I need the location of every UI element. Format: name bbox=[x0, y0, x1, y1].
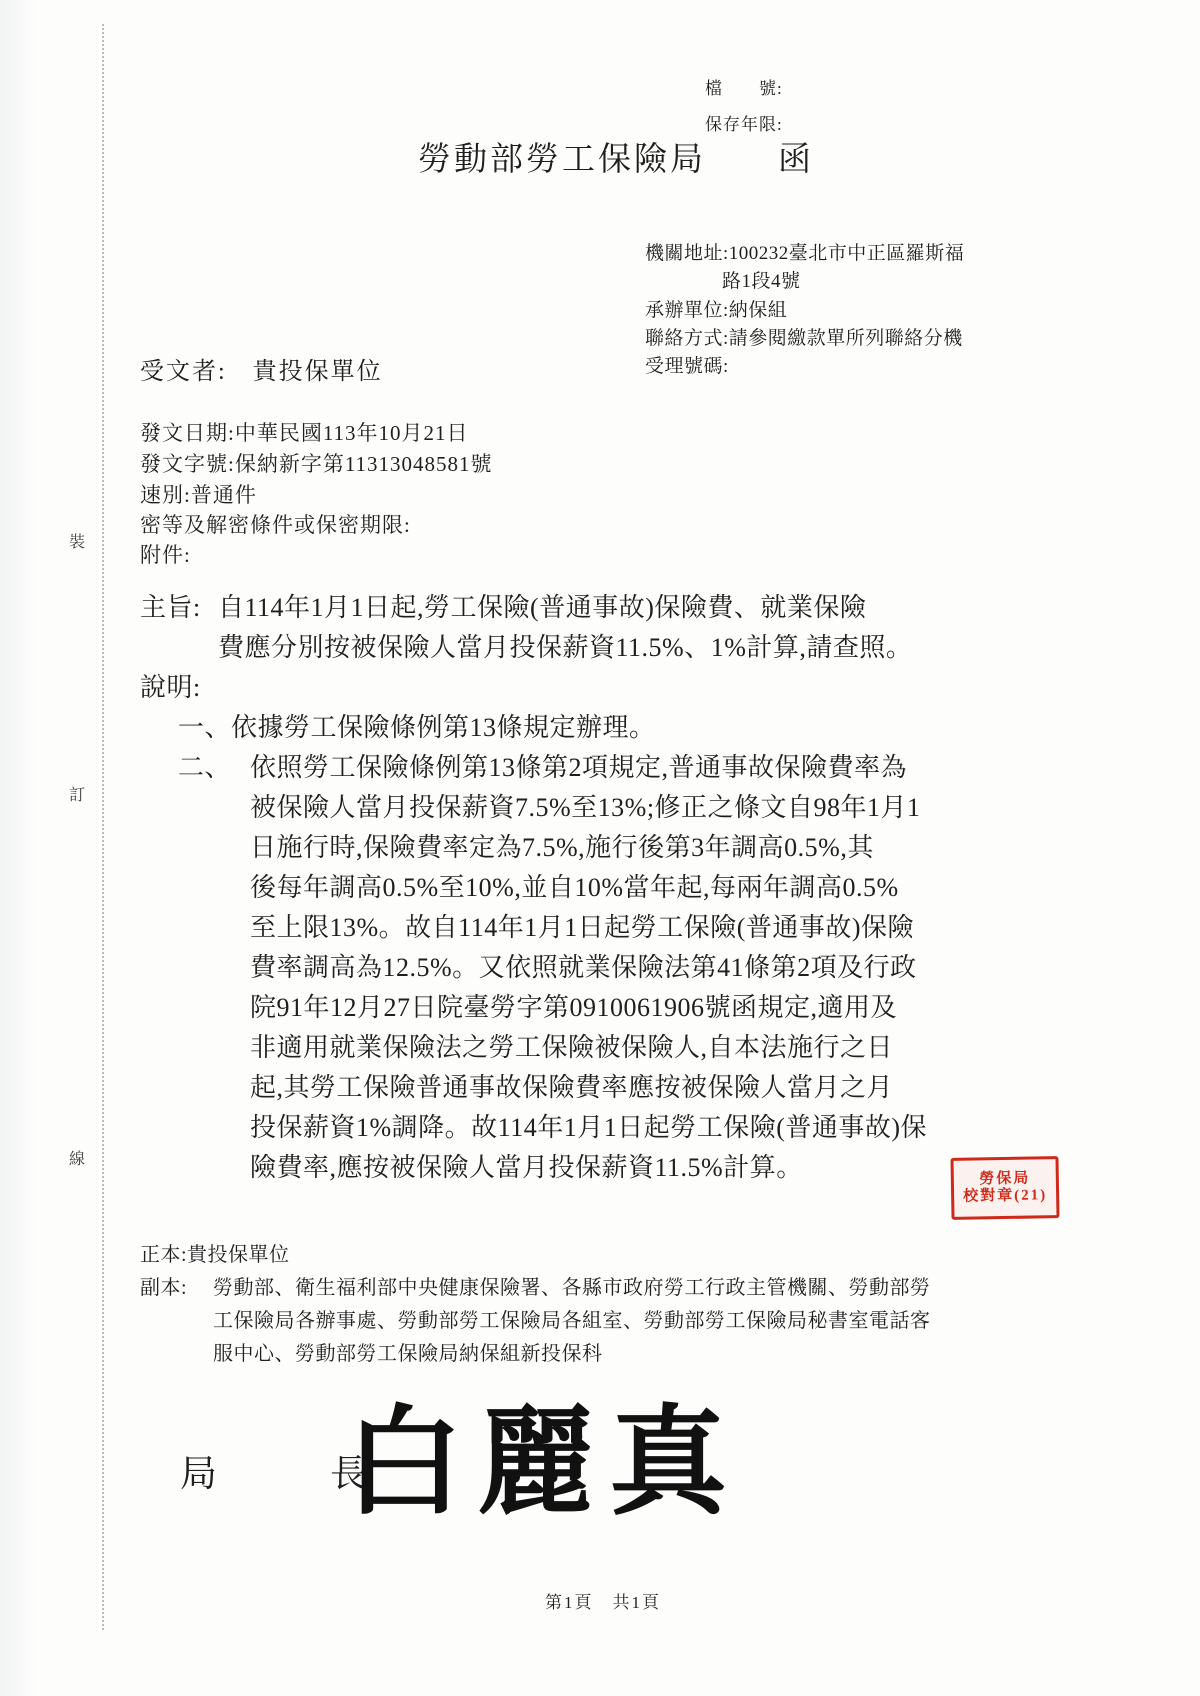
file-number-label: 檔 號: bbox=[705, 78, 783, 99]
agency-address-line2: 路1段4號 bbox=[722, 270, 801, 294]
explanation-item-2-line-5: 至上限13%。故自114年1月1日起勞工保險(普通事故)保險 bbox=[250, 912, 914, 945]
agency-unit-line: 承辦單位:納保組 bbox=[645, 299, 787, 323]
document-page: 裝 訂 線 檔 號: 保存年限: 勞動部勞工保險局 函 機關地址:100232臺… bbox=[0, 0, 1200, 1696]
verification-stamp: 勞保局 校對章(21) bbox=[950, 1156, 1059, 1220]
explanation-item-2-line-4: 後每年調高0.5%至10%,並自10%當年起,每兩年調高0.5% bbox=[250, 872, 899, 905]
director-signature-name: 白麗真 bbox=[345, 1388, 741, 1536]
explanation-item-2-label: 二、 bbox=[178, 752, 231, 785]
cc-line-2: 工保險局各辦事處、勞動部勞工保險局各組室、勞動部勞工保險局秘書室電話客 bbox=[213, 1309, 931, 1334]
explanation-item-2-line-8: 非適用就業保險法之勞工保險被保險人,自本法施行之日 bbox=[250, 1032, 893, 1065]
subject-line-1: 自114年1月1日起,勞工保險(普通事故)保險費、就業保險 bbox=[218, 592, 866, 625]
subject-line-2: 費應分別按被保險人當月投保薪資11.5%、1%計算,請查照。 bbox=[218, 632, 912, 665]
attachment-line: 附件: bbox=[140, 542, 191, 568]
binding-mark-ding: 訂 bbox=[69, 786, 85, 806]
original-copy-line: 正本:貴投保單位 bbox=[140, 1243, 290, 1268]
cc-line-3: 服中心、勞動部勞工保險局納保組新投保科 bbox=[213, 1342, 603, 1367]
explanation-item-2-line-10: 投保薪資1%調降。故114年1月1日起勞工保險(普通事故)保 bbox=[250, 1112, 927, 1145]
subject-label: 主旨: bbox=[140, 592, 201, 625]
explanation-item-1: 一、依據勞工保險條例第13條規定辦理。 bbox=[178, 712, 656, 745]
verification-stamp-line-2: 校對章(21) bbox=[963, 1187, 1047, 1206]
recipient-line: 受文者: 貴投保單位 bbox=[140, 357, 383, 387]
scan-edge-shadow bbox=[0, 0, 36, 1696]
explanation-item-2-line-3: 日施行時,保險費率定為7.5%,施行後第3年調高0.5%,其 bbox=[250, 832, 874, 865]
explanation-item-2-line-7: 院91年12月27日院臺勞字第0910061906號函規定,適用及 bbox=[250, 992, 897, 1025]
agency-contact-line: 聯絡方式:請參閱繳款單所列聯絡分機 bbox=[645, 327, 963, 351]
cc-line-1: 勞動部、衛生福利部中央健康保險署、各縣市政府勞工行政主管機關、勞動部勞 bbox=[213, 1276, 931, 1301]
cc-label: 副本: bbox=[140, 1276, 187, 1301]
retention-period-label: 保存年限: bbox=[705, 114, 783, 135]
explanation-item-2-line-9: 起,其勞工保險普通事故保險費率應按被保險人當月之月 bbox=[250, 1072, 893, 1105]
issue-number-line: 發文字號:保納新字第11313048581號 bbox=[140, 451, 493, 477]
explanation-item-2-line-2: 被保險人當月投保薪資7.5%至13%;修正之條文自98年1月1 bbox=[250, 792, 921, 825]
classification-line: 密等及解密條件或保密期限: bbox=[140, 512, 411, 538]
explanation-item-2-line-1: 依照勞工保險條例第13條第2項規定,普通事故保險費率為 bbox=[250, 752, 907, 785]
binding-dotted-line bbox=[102, 24, 104, 1630]
page-number: 第1頁 共1頁 bbox=[545, 1592, 661, 1613]
priority-line: 速別:普通件 bbox=[140, 482, 257, 508]
explanation-item-2-line-11: 險費率,應按被保險人當月投保薪資11.5%計算。 bbox=[250, 1152, 803, 1185]
issue-date-line: 發文日期:中華民國113年10月21日 bbox=[140, 420, 469, 446]
agency-case-number-line: 受理號碼: bbox=[645, 355, 729, 379]
verification-stamp-line-1: 勞保局 bbox=[979, 1170, 1030, 1188]
agency-address-line1: 機關地址:100232臺北市中正區羅斯福 bbox=[645, 242, 964, 266]
explanation-item-2-line-6: 費率調高為12.5%。又依照就業保險法第41條第2項及行政 bbox=[250, 952, 917, 985]
explanation-heading: 說明: bbox=[140, 672, 201, 705]
document-title: 勞動部勞工保險局 函 bbox=[418, 140, 814, 181]
binding-mark-xian: 線 bbox=[69, 1150, 85, 1170]
binding-mark-zhuang: 裝 bbox=[69, 533, 85, 553]
